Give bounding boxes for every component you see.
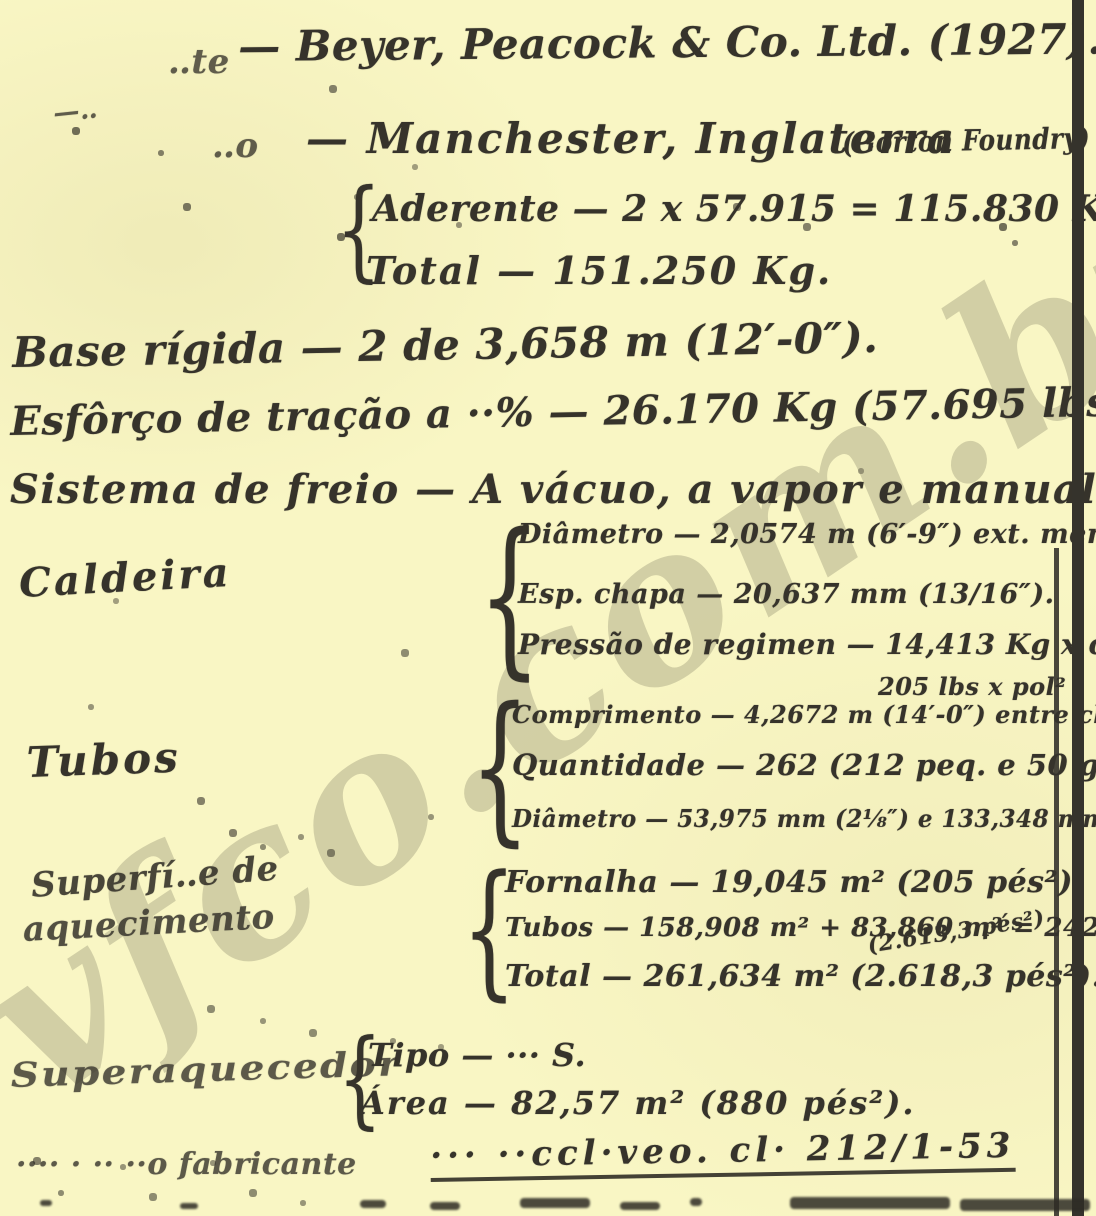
page-edge-line-inner: [1054, 548, 1059, 1216]
tubos-diametro: Diâmetro — 53,975 mm (2⅛″) e 133,348 mm …: [512, 806, 1096, 832]
caldeira-esp-chapa: Esp. chapa — 20,637 mm (13/16″).: [518, 580, 1055, 610]
weight-aderente: Aderente — 2 x 57.915 = 115.830 Kg.: [372, 190, 1096, 230]
caldeira-label: Caldeira: [18, 551, 233, 606]
ink-speckles: [0, 0, 2, 2]
ink-smudge: [520, 1198, 590, 1208]
tubos-quantidade: Quantidade — 262 (212 peq. e 50 grd.): [512, 750, 1096, 782]
tubos-label: Tubos: [26, 735, 181, 787]
ink-smudge: [620, 1202, 660, 1210]
left-margin-marks: —‥: [52, 95, 99, 128]
scanned-document-page: vfco.com.br —‥ ‥te — Beyer, Peacock & Co…: [0, 0, 1096, 1216]
ink-smudge: [430, 1202, 460, 1210]
superaquecedor-tipo: Tipo — ··· S.: [368, 1038, 586, 1073]
ink-smudge: [180, 1203, 198, 1209]
location-line-prefix: ‥o: [212, 128, 259, 165]
spec-base-rigida: Base rígida — 2 de 3,658 m (12′-0″).: [12, 315, 879, 376]
superficie-total: Total — 261,634 m² (2.618,3 pés²).: [505, 960, 1096, 993]
weight-total: Total — 151.250 Kg.: [366, 250, 832, 292]
ink-smudge: [960, 1199, 1090, 1211]
ink-smudge: [690, 1198, 702, 1206]
page-edge-line-right: [1072, 0, 1084, 1216]
caldeira-pressao-note: 205 lbs x pol²: [878, 674, 1066, 700]
superaquecedor-area: Área — 82,57 m² (880 pés²).: [360, 1086, 916, 1121]
footer-reference-number: ··· ··ccl·veo. cl· 212/1-53: [430, 1128, 1016, 1183]
manufacturer-line-prefix: ‥te: [168, 44, 230, 81]
ink-smudge: [790, 1197, 950, 1209]
caldeira-diametro: Diâmetro — 2,0574 m (6′-9″) ext. menor.: [518, 520, 1096, 550]
location-foundry-note: (Gorton Foundry): [842, 123, 1090, 160]
manufacturer-line: — Beyer, Peacock & Co. Ltd. (1927).: [238, 16, 1096, 70]
caldeira-pressao: Pressão de regimen — 14,413 Kg x cm²: [518, 630, 1096, 661]
spec-sistema-freio: Sistema de freio — A vácuo, a vapor e ma…: [10, 468, 1096, 512]
ink-smudge: [360, 1200, 386, 1208]
ink-smudge: [40, 1200, 52, 1206]
footer-reference-plain: ···· · ·· ··o fabricante: [16, 1148, 357, 1181]
superficie-fornalha: Fornalha — 19,045 m² (205 pés²).: [505, 866, 1084, 899]
tubos-comprimento: Comprimento — 4,2672 m (14′-0″) entre ch…: [512, 702, 1096, 728]
